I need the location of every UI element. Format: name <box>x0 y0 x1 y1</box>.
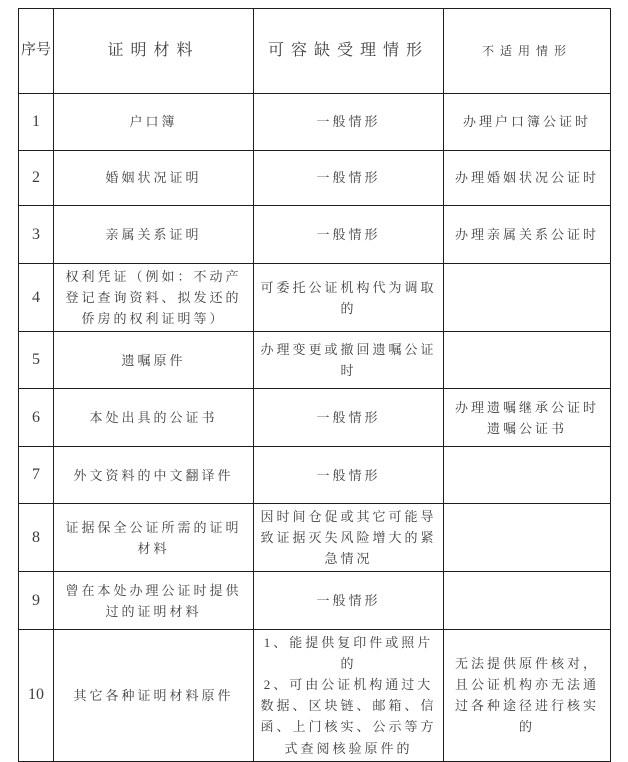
notary-materials-table: 序号 证明材料 可容缺受理情形 不适用情形 1 户口簿 一般情形 办理户口簿公证… <box>18 8 611 762</box>
material-cell: 权利凭证（例如：不动产登记查询资料、拟发还的侨房的权利证明等） <box>54 264 254 332</box>
material-cell: 婚姻状况证明 <box>54 151 254 206</box>
row-number-cell: 9 <box>19 572 54 630</box>
table-row: 10 其它各种证明材料原件 1、能提供复印件或照片的 2、可由公证机构通过大数据… <box>19 630 611 761</box>
header-row-number: 序号 <box>19 9 54 94</box>
document-page: 序号 证明材料 可容缺受理情形 不适用情形 1 户口簿 一般情形 办理户口簿公证… <box>0 0 628 756</box>
row-number-cell: 10 <box>19 630 54 761</box>
acceptable-cell: 办理变更或撤回遗嘱公证时 <box>254 332 444 389</box>
table-row: 2 婚姻状况证明 一般情形 办理婚姻状况公证时 <box>19 151 611 206</box>
inapplicable-cell: 办理户口簿公证时 <box>444 94 611 151</box>
inapplicable-cell: 无法提供原件核对，且公证机构亦无法通过各种途径进行核实的 <box>444 630 611 761</box>
acceptable-cell: 1、能提供复印件或照片的 2、可由公证机构通过大数据、区块链、邮箱、信函、上门核… <box>254 630 444 761</box>
table-row: 1 户口簿 一般情形 办理户口簿公证时 <box>19 94 611 151</box>
acceptable-cell: 可委托公证机构代为调取的 <box>254 264 444 332</box>
acceptable-cell: 一般情形 <box>254 94 444 151</box>
table-body: 1 户口簿 一般情形 办理户口簿公证时 2 婚姻状况证明 一般情形 办理婚姻状况… <box>19 94 611 762</box>
acceptable-cell: 一般情形 <box>254 206 444 264</box>
table-row: 4 权利凭证（例如：不动产登记查询资料、拟发还的侨房的权利证明等） 可委托公证机… <box>19 264 611 332</box>
table-row: 8 证据保全公证所需的证明材料 因时间仓促或其它可能导致证据灭失风险增大的紧急情… <box>19 504 611 572</box>
material-cell: 遗嘱原件 <box>54 332 254 389</box>
row-number-cell: 3 <box>19 206 54 264</box>
material-cell: 本处出具的公证书 <box>54 389 254 447</box>
material-cell: 外文资料的中文翻译件 <box>54 447 254 504</box>
material-cell: 曾在本处办理公证时提供过的证明材料 <box>54 572 254 630</box>
inapplicable-cell <box>444 447 611 504</box>
inapplicable-cell <box>444 572 611 630</box>
inapplicable-cell <box>444 332 611 389</box>
inapplicable-cell: 办理婚姻状况公证时 <box>444 151 611 206</box>
table-row: 7 外文资料的中文翻译件 一般情形 <box>19 447 611 504</box>
material-cell: 证据保全公证所需的证明材料 <box>54 504 254 572</box>
inapplicable-cell <box>444 264 611 332</box>
material-cell: 亲属关系证明 <box>54 206 254 264</box>
header-acceptable: 可容缺受理情形 <box>254 9 444 94</box>
material-cell: 其它各种证明材料原件 <box>54 630 254 761</box>
acceptable-cell: 一般情形 <box>254 151 444 206</box>
table-row: 6 本处出具的公证书 一般情形 办理遗嘱继承公证时 遗嘱公证书 <box>19 389 611 447</box>
row-number-cell: 6 <box>19 389 54 447</box>
table-row: 5 遗嘱原件 办理变更或撤回遗嘱公证时 <box>19 332 611 389</box>
header-inapplicable: 不适用情形 <box>444 9 611 94</box>
inapplicable-cell <box>444 504 611 572</box>
row-number-cell: 7 <box>19 447 54 504</box>
acceptable-cell: 一般情形 <box>254 389 444 447</box>
header-row: 序号 证明材料 可容缺受理情形 不适用情形 <box>19 9 611 94</box>
table-row: 9 曾在本处办理公证时提供过的证明材料 一般情形 <box>19 572 611 630</box>
inapplicable-cell: 办理亲属关系公证时 <box>444 206 611 264</box>
row-number-cell: 4 <box>19 264 54 332</box>
acceptable-cell: 一般情形 <box>254 572 444 630</box>
row-number-cell: 1 <box>19 94 54 151</box>
acceptable-cell: 因时间仓促或其它可能导致证据灭失风险增大的紧急情况 <box>254 504 444 572</box>
header-material: 证明材料 <box>54 9 254 94</box>
row-number-cell: 8 <box>19 504 54 572</box>
table-row: 3 亲属关系证明 一般情形 办理亲属关系公证时 <box>19 206 611 264</box>
inapplicable-cell: 办理遗嘱继承公证时 遗嘱公证书 <box>444 389 611 447</box>
row-number-cell: 5 <box>19 332 54 389</box>
acceptable-cell: 一般情形 <box>254 447 444 504</box>
material-cell: 户口簿 <box>54 94 254 151</box>
row-number-cell: 2 <box>19 151 54 206</box>
